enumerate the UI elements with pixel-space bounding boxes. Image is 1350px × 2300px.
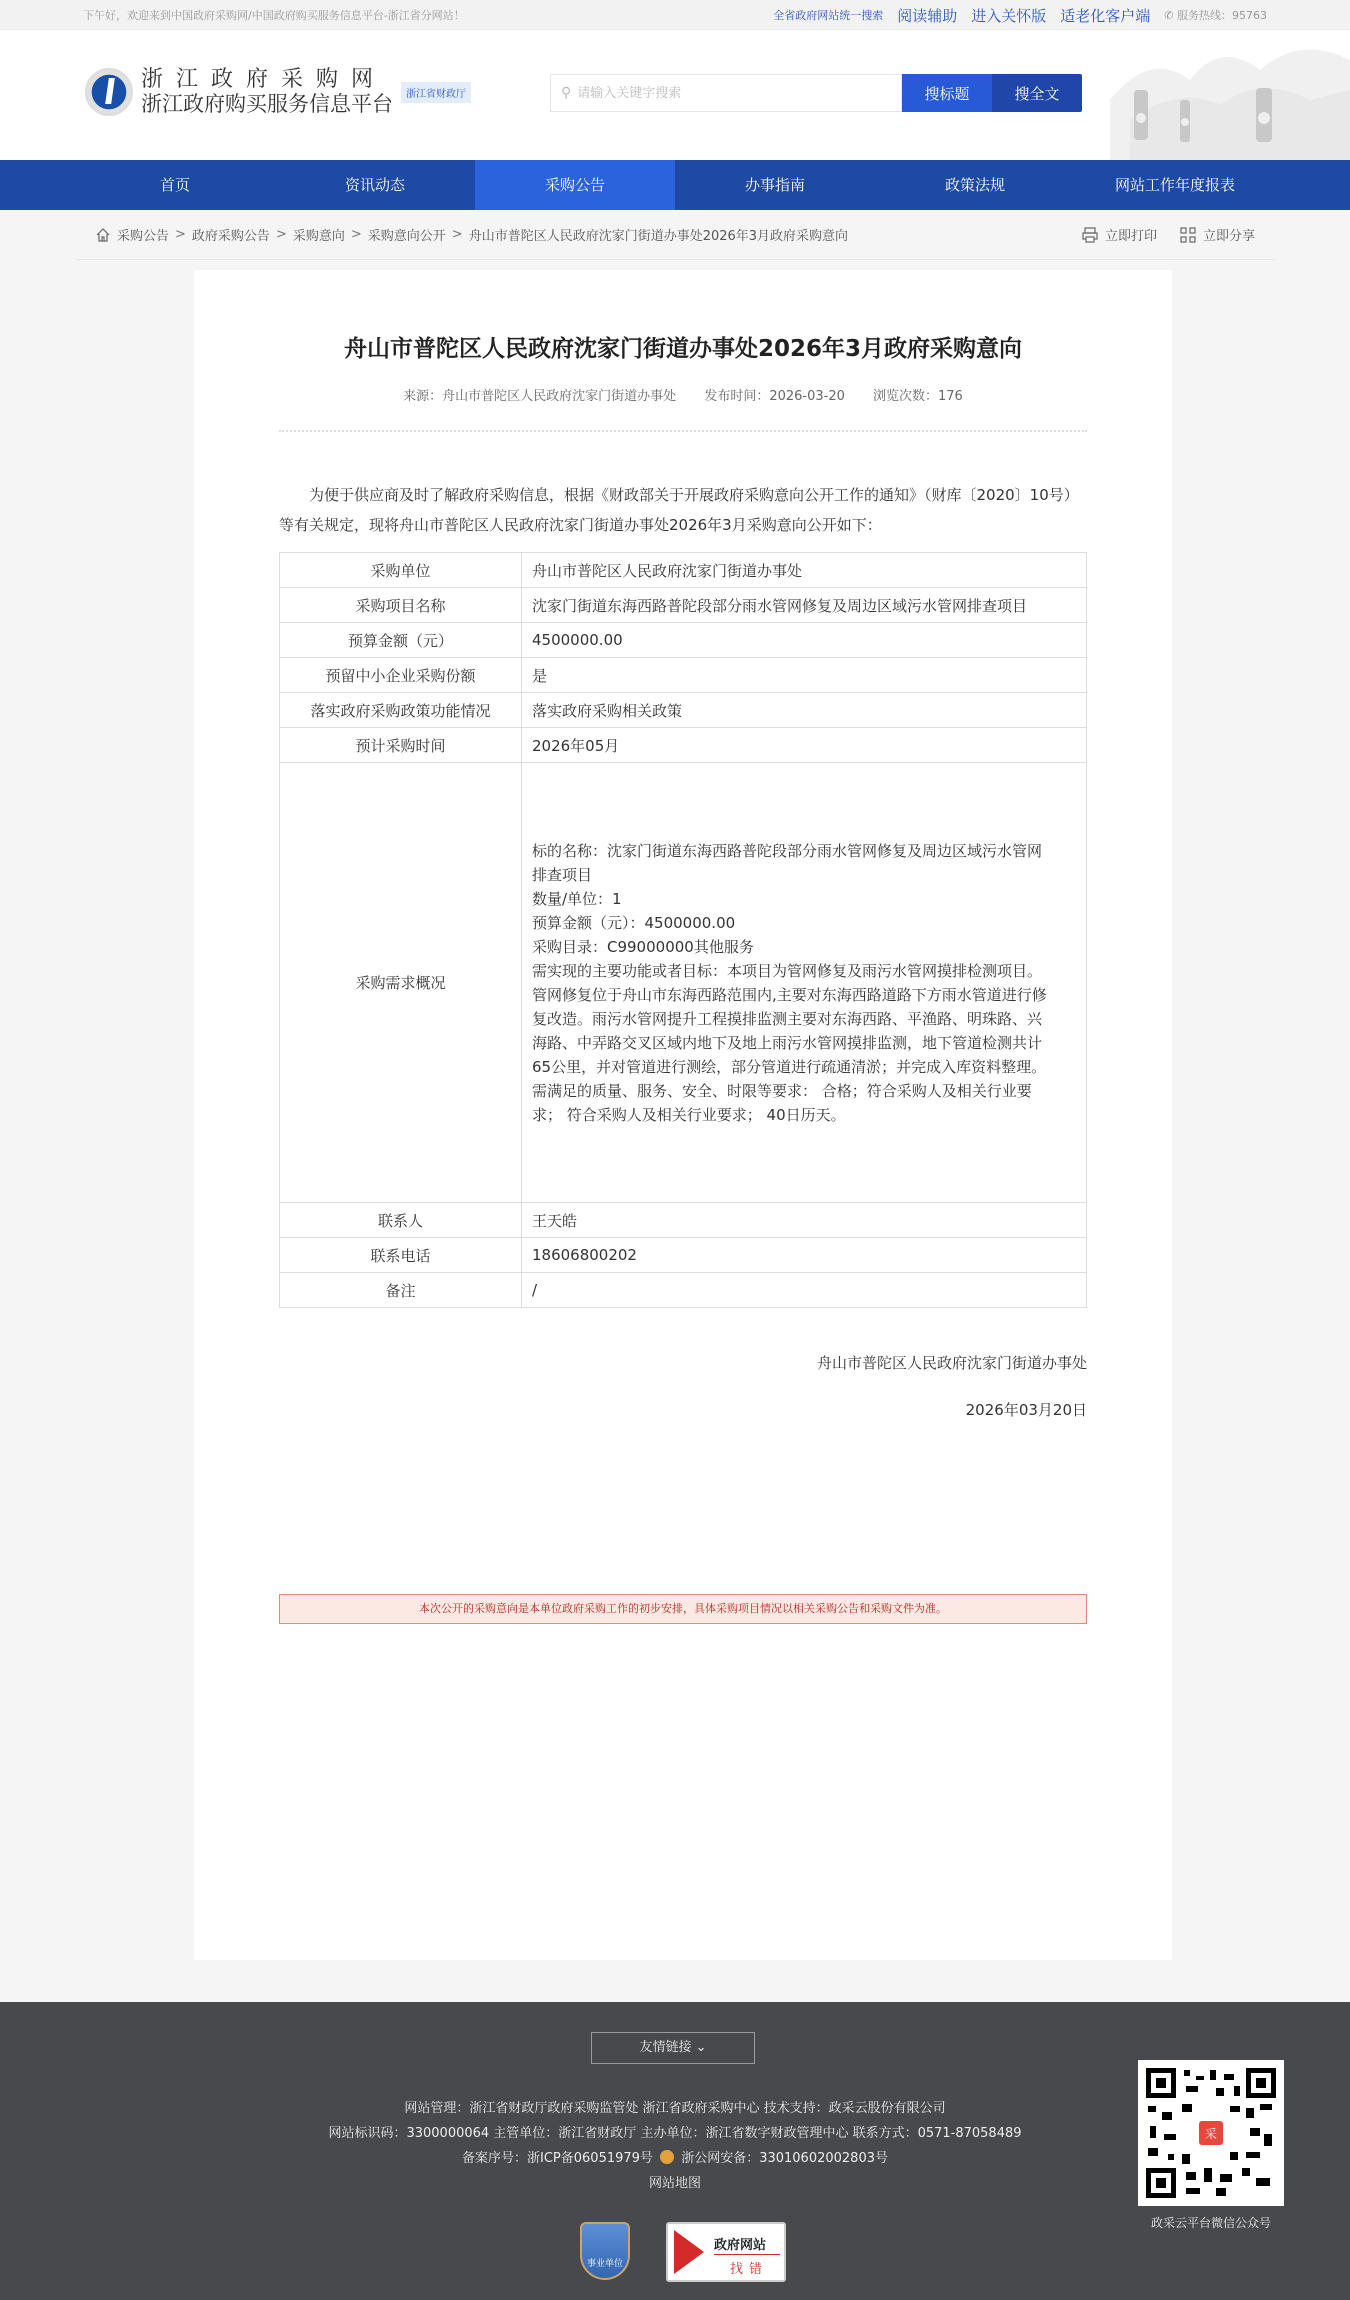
table-row: 采购单位舟山市普陀区人民政府沈家门街道办事处 bbox=[280, 553, 1087, 588]
qrcode-icon bbox=[1179, 226, 1197, 244]
breadcrumb-current: 舟山市普陀区人民政府沈家门街道办事处2026年3月政府采购意向 bbox=[469, 225, 848, 244]
table-row: 备注/ bbox=[280, 1273, 1087, 1308]
chevron-down-icon: ⌄ bbox=[696, 2040, 707, 2055]
breadcrumb-bar: 采购公告> 政府采购公告> 采购意向> 采购意向公开> 舟山市普陀区人民政府沈家… bbox=[75, 210, 1275, 260]
public-institution-badge[interactable]: 事业单位 bbox=[580, 2222, 630, 2280]
article-source: 来源：舟山市普陀区人民政府沈家门街道办事处 bbox=[403, 389, 676, 404]
welcome-text: 下午好，欢迎来到中国政府采购网/中国政府购买服务信息平台-浙江省分网站！ bbox=[83, 7, 465, 23]
signature-date: 2026年03月20日 bbox=[279, 1399, 1087, 1420]
article-meta: 来源：舟山市普陀区人民政府沈家门街道办事处 发布时间：2026-03-20 浏览… bbox=[194, 385, 1172, 404]
article-publish-time: 发布时间：2026-03-20 bbox=[704, 389, 845, 404]
search-icon: ⚲ bbox=[561, 85, 571, 101]
breadcrumb-procurement-notices[interactable]: 采购公告 bbox=[117, 225, 169, 244]
search-bar: ⚲ 搜标题 搜全文 bbox=[550, 74, 1082, 112]
care-version-link[interactable]: 进入关怀版 bbox=[971, 5, 1046, 26]
site-logo[interactable]: 浙江政府采购网 浙江政府购买服务信息平台 浙江省财政厅 bbox=[85, 68, 471, 116]
breadcrumb: 采购公告> 政府采购公告> 采购意向> 采购意向公开> 舟山市普陀区人民政府沈家… bbox=[95, 225, 848, 244]
unified-search-link[interactable]: 全省政府网站统一搜索 bbox=[773, 7, 883, 23]
svg-text:采: 采 bbox=[1205, 2127, 1217, 2141]
table-row: 采购项目名称沈家门街道东海西路普陀段部分雨水管网修复及周边区域污水管网排查项目 bbox=[280, 588, 1087, 623]
police-badge-icon bbox=[660, 2150, 674, 2164]
sitemap-link[interactable]: 网站地图 bbox=[649, 2176, 701, 2191]
police-record-link[interactable]: 浙公网安备：33010602002803号 bbox=[681, 2151, 888, 2166]
phone-icon: ✆ bbox=[1164, 9, 1177, 22]
table-row: 落实政府采购政策功能情况落实政府采购相关政策 bbox=[280, 693, 1087, 728]
top-bar: 下午好，欢迎来到中国政府采购网/中国政府购买服务信息平台-浙江省分网站！ 全省政… bbox=[0, 0, 1350, 30]
elderly-client-link[interactable]: 适老化客户端 bbox=[1060, 5, 1150, 26]
procurement-intent-table: 采购单位舟山市普陀区人民政府沈家门街道办事处 采购项目名称沈家门街道东海西路普陀… bbox=[279, 552, 1087, 1308]
site-footer: 友情链接 ⌄ 网站管理：浙江省财政厅政府采购监管处 浙江省政府采购中心 技术支持… bbox=[0, 2002, 1350, 2300]
table-row: 联系人王天皓 bbox=[280, 1203, 1087, 1238]
icp-link[interactable]: 备案序号：浙ICP备06051979号 bbox=[462, 2151, 653, 2166]
search-fulltext-button[interactable]: 搜全文 bbox=[992, 74, 1082, 112]
printer-icon bbox=[1081, 226, 1099, 244]
breadcrumb-procurement-intent[interactable]: 采购意向 bbox=[293, 225, 345, 244]
nav-item-home[interactable]: 首页 bbox=[75, 160, 275, 210]
article-views: 浏览次数：176 bbox=[873, 389, 963, 404]
breadcrumb-gov-procurement-notices[interactable]: 政府采购公告 bbox=[192, 225, 270, 244]
hotline: ✆ 服务热线：95763 bbox=[1164, 7, 1267, 23]
print-button[interactable]: 立即打印 bbox=[1081, 225, 1157, 244]
reading-aid-link[interactable]: 阅读辅助 bbox=[897, 5, 957, 26]
finance-dept-badge: 浙江省财政厅 bbox=[401, 82, 471, 103]
table-row: 联系电话18606800202 bbox=[280, 1238, 1087, 1273]
qrcode-label: 政采云平台微信公众号 bbox=[1126, 2214, 1296, 2231]
logo-subtitle: 浙江政府购买服务信息平台 bbox=[141, 92, 393, 116]
search-input[interactable] bbox=[577, 86, 877, 101]
nav-item-news[interactable]: 资讯动态 bbox=[275, 160, 475, 210]
breadcrumb-intent-disclosure[interactable]: 采购意向公开 bbox=[368, 225, 446, 244]
site-header: 浙江政府采购网 浙江政府购买服务信息平台 浙江省财政厅 ⚲ 搜标题 搜全文 bbox=[0, 30, 1350, 160]
article-card: 舟山市普陀区人民政府沈家门街道办事处2026年3月政府采购意向 来源：舟山市普陀… bbox=[194, 270, 1172, 1960]
table-row: 预算金额（元）4500000.00 bbox=[280, 623, 1087, 658]
nav-item-guide[interactable]: 办事指南 bbox=[675, 160, 875, 210]
gov-site-error-report[interactable]: 政府网站 找错 bbox=[666, 2222, 786, 2282]
signature-org: 舟山市普陀区人民政府沈家门街道办事处 bbox=[279, 1352, 1087, 1373]
nav-item-annual-report[interactable]: 网站工作年度报表 bbox=[1075, 160, 1275, 210]
disclaimer-notice: 本次公开的采购意向是本单位政府采购工作的初步安排，具体采购项目情况以相关采购公告… bbox=[279, 1594, 1087, 1624]
article-intro: 为便于供应商及时了解政府采购信息，根据《财政部关于开展政府采购意向公开工作的通知… bbox=[279, 480, 1087, 540]
table-row-demand: 采购需求概况 标的名称：沈家门街道东海西路普陀段部分雨水管网修复及周边区域污水管… bbox=[280, 763, 1087, 1203]
nav-item-policy[interactable]: 政策法规 bbox=[875, 160, 1075, 210]
share-button[interactable]: 立即分享 bbox=[1179, 225, 1255, 244]
scenery-decoration-icon bbox=[1110, 30, 1350, 160]
nav-item-procurement-notices[interactable]: 采购公告 bbox=[475, 160, 675, 210]
table-row: 预计采购时间2026年05月 bbox=[280, 728, 1087, 763]
home-icon[interactable] bbox=[95, 227, 111, 243]
main-nav: 首页 资讯动态 采购公告 办事指南 政策法规 网站工作年度报表 bbox=[0, 160, 1350, 210]
emblem-icon bbox=[85, 68, 133, 116]
friend-links-dropdown[interactable]: 友情链接 ⌄ bbox=[591, 2032, 755, 2064]
logo-title: 浙江政府采购网 bbox=[141, 68, 393, 92]
wechat-qrcode-icon: 采 bbox=[1138, 2060, 1284, 2206]
article-title: 舟山市普陀区人民政府沈家门街道办事处2026年3月政府采购意向 bbox=[194, 330, 1172, 363]
magnifier-icon bbox=[674, 2230, 704, 2274]
search-title-button[interactable]: 搜标题 bbox=[902, 74, 992, 112]
signature-block: 舟山市普陀区人民政府沈家门街道办事处 2026年03月20日 bbox=[279, 1352, 1087, 1420]
title-divider bbox=[279, 430, 1087, 432]
table-row: 预留中小企业采购份额是 bbox=[280, 658, 1087, 693]
